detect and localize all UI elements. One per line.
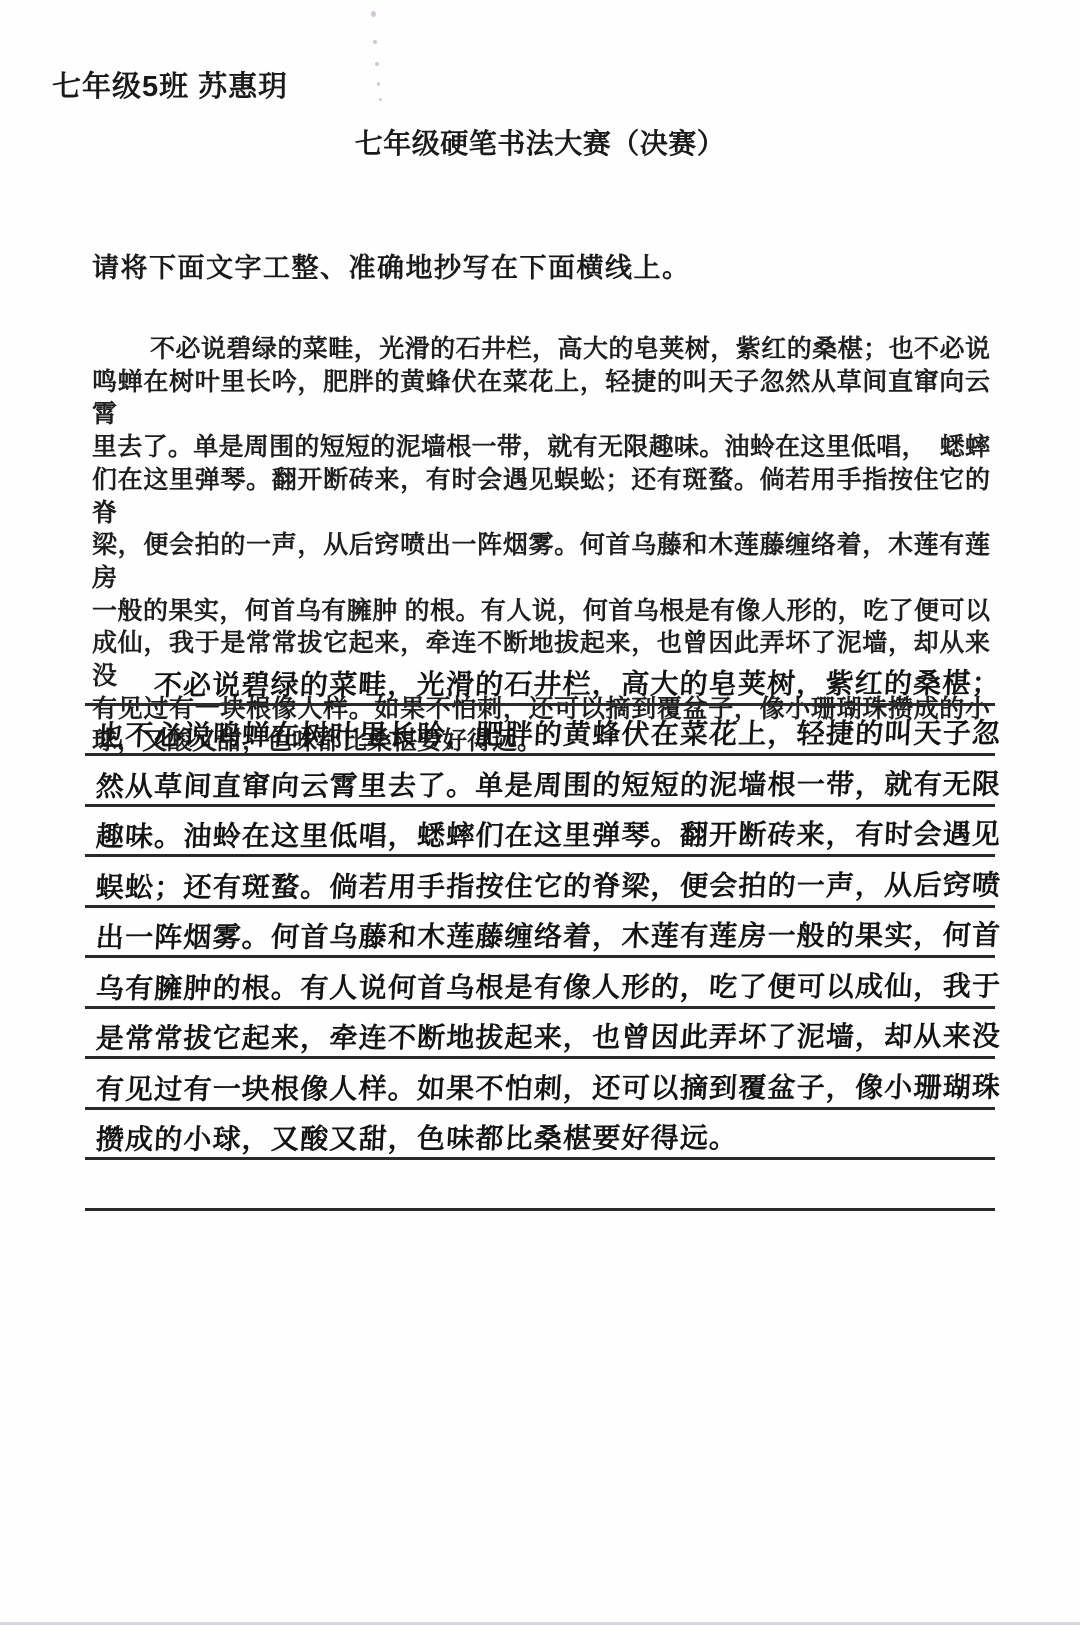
handwriting-row: 也不必说鸣蝉在树叶里长吟，肥胖的黄蜂伏在菜花上，轻捷的叫天子忽 (85, 706, 995, 757)
handwriting-row: 乌有臃肿的根。有人说何首乌根是有像人形的，吃了便可以成仙，我于 (85, 958, 995, 1009)
scanner-edge-shadow (0, 1622, 1080, 1625)
printed-line: 一般的果实，何首乌有臃肿 的根。有人说，何首乌根是有像人形的，吃了便可以 (92, 596, 990, 629)
scan-speck (371, 11, 376, 17)
printed-line: 鸣蝉在树叶里长吟，肥胖的黄蜂伏在菜花上，轻捷的叫天子忽然从草间直窜向云霄 (92, 367, 990, 432)
handwriting-row-empty (85, 1160, 995, 1211)
page-title: 七年级硬笔书法大赛（决赛） (0, 122, 1080, 162)
handwritten-text (85, 1205, 95, 1207)
handwriting-row: 然从草间直窜向云霄里去了。单是周围的短短的泥墙根一带，就有无限 (85, 756, 995, 807)
handwritten-text: 攒成的小球，又酸又甜，色味都比桑椹要好得远。 (85, 1123, 739, 1157)
handwritten-text: 蜈蚣；还有斑蝥。倘若用手指按住它的脊梁，便会拍的一声，从后窍喷 (85, 870, 1002, 904)
student-info: 七年级5班 苏惠玥 (52, 64, 288, 105)
handwritten-text: 乌有臃肿的根。有人说何首乌根是有像人形的，吃了便可以成仙，我于 (85, 971, 1002, 1005)
handwritten-text: 也不必说鸣蝉在树叶里长吟，肥胖的黄蜂伏在菜花上，轻捷的叫天子忽 (85, 719, 1002, 753)
printed-line: 里去了。单是周围的短短的泥墙根一带，就有无限趣味。油蛉在这里低唱， 蟋蟀 (92, 432, 990, 465)
scanned-worksheet-page: 七年级5班 苏惠玥 七年级硬笔书法大赛（决赛） 请将下面文字工整、准确地抄写在下… (0, 0, 1080, 1627)
handwriting-row: 是常常拔它起来，牵连不断地拔起来，也曾因此弄坏了泥墙，却从来没 (85, 1009, 995, 1060)
handwriting-row: 有见过有一块根像人样。如果不怕刺，还可以摘到覆盆子，像小珊瑚珠 (85, 1059, 995, 1110)
scan-speck (375, 62, 379, 66)
scan-speck (377, 82, 380, 86)
handwritten-copy-section: 不必说碧绿的菜畦，光滑的石井栏，高大的皂荚树，紫红的桑椹；也不必说鸣蝉在树叶里长… (85, 655, 995, 1211)
handwritten-text: 不必说碧绿的菜畦，光滑的石井栏，高大的皂荚树，紫红的桑椹； (85, 668, 1002, 702)
handwritten-text: 是常常拔它起来，牵连不断地拔起来，也曾因此弄坏了泥墙，却从来没 (85, 1022, 1002, 1056)
handwriting-row: 蜈蚣；还有斑蝥。倘若用手指按住它的脊梁，便会拍的一声，从后窍喷 (85, 857, 995, 908)
handwritten-text: 然从草间直窜向云霄里去了。单是周围的短短的泥墙根一带，就有无限 (85, 769, 1002, 803)
printed-line: 不必说碧绿的菜畦，光滑的石井栏，高大的皂荚树，紫红的桑椹；也不必说 (92, 334, 990, 367)
handwriting-row: 攒成的小球，又酸又甜，色味都比桑椹要好得远。 (85, 1110, 995, 1161)
handwritten-text: 出一阵烟雾。何首乌藤和木莲藤缠络着，木莲有莲房一般的果实，何首 (85, 921, 1002, 955)
handwriting-row: 不必说碧绿的菜畦，光滑的石井栏，高大的皂荚树，紫红的桑椹； (85, 655, 995, 706)
printed-line: 梁，便会拍的一声，从后窍喷出一阵烟雾。何首乌藤和木莲藤缠络着，木莲有莲房 (92, 530, 990, 595)
handwriting-row: 出一阵烟雾。何首乌藤和木莲藤缠络着，木莲有莲房一般的果实，何首 (85, 908, 995, 959)
instruction-text: 请将下面文字工整、准确地抄写在下面横线上。 (92, 246, 691, 285)
scan-speck (379, 98, 382, 101)
handwriting-row: 趣味。油蛉在这里低唱，蟋蟀们在这里弹琴。翻开断砖来，有时会遇见 (85, 807, 995, 858)
handwritten-text: 趣味。油蛉在这里低唱，蟋蟀们在这里弹琴。翻开断砖来，有时会遇见 (85, 820, 1002, 854)
printed-line: 们在这里弹琴。翻开断砖来，有时会遇见蜈蚣；还有斑蝥。倘若用手指按住它的脊 (92, 465, 990, 530)
handwritten-text: 有见过有一块根像人样。如果不怕刺，还可以摘到覆盆子，像小珊瑚珠 (85, 1072, 1002, 1106)
scan-speck (373, 40, 377, 44)
